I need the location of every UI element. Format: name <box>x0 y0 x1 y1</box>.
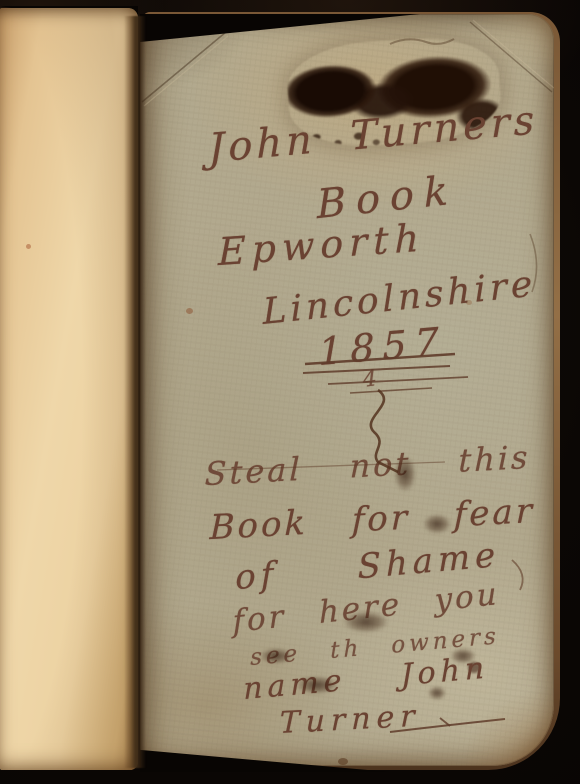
ink-smudge <box>260 648 292 664</box>
inscription-signature: Turner <box>279 699 421 741</box>
inscription-line-year: 1857 <box>318 319 447 374</box>
ink-smudge <box>343 611 389 633</box>
ink-smudge <box>428 686 446 700</box>
inscription-mark: 4 <box>362 366 378 393</box>
ink-smudge <box>296 676 338 694</box>
inscription-line: Epworth <box>218 216 425 275</box>
ink-smudge <box>450 648 476 664</box>
ink-smudge <box>423 514 451 534</box>
book-flyleaf-page: John Turners Book Epworth Lincolnshire 1… <box>140 14 554 766</box>
facing-page <box>0 8 138 770</box>
ink-smudge <box>394 456 416 492</box>
stain-spot <box>26 244 31 249</box>
book-gutter <box>124 16 146 768</box>
book-photograph: John Turners Book Epworth Lincolnshire 1… <box>0 0 580 784</box>
stain-spot <box>186 308 193 314</box>
inscription-line: Steal not this <box>204 438 530 493</box>
stain-spot <box>338 758 348 765</box>
